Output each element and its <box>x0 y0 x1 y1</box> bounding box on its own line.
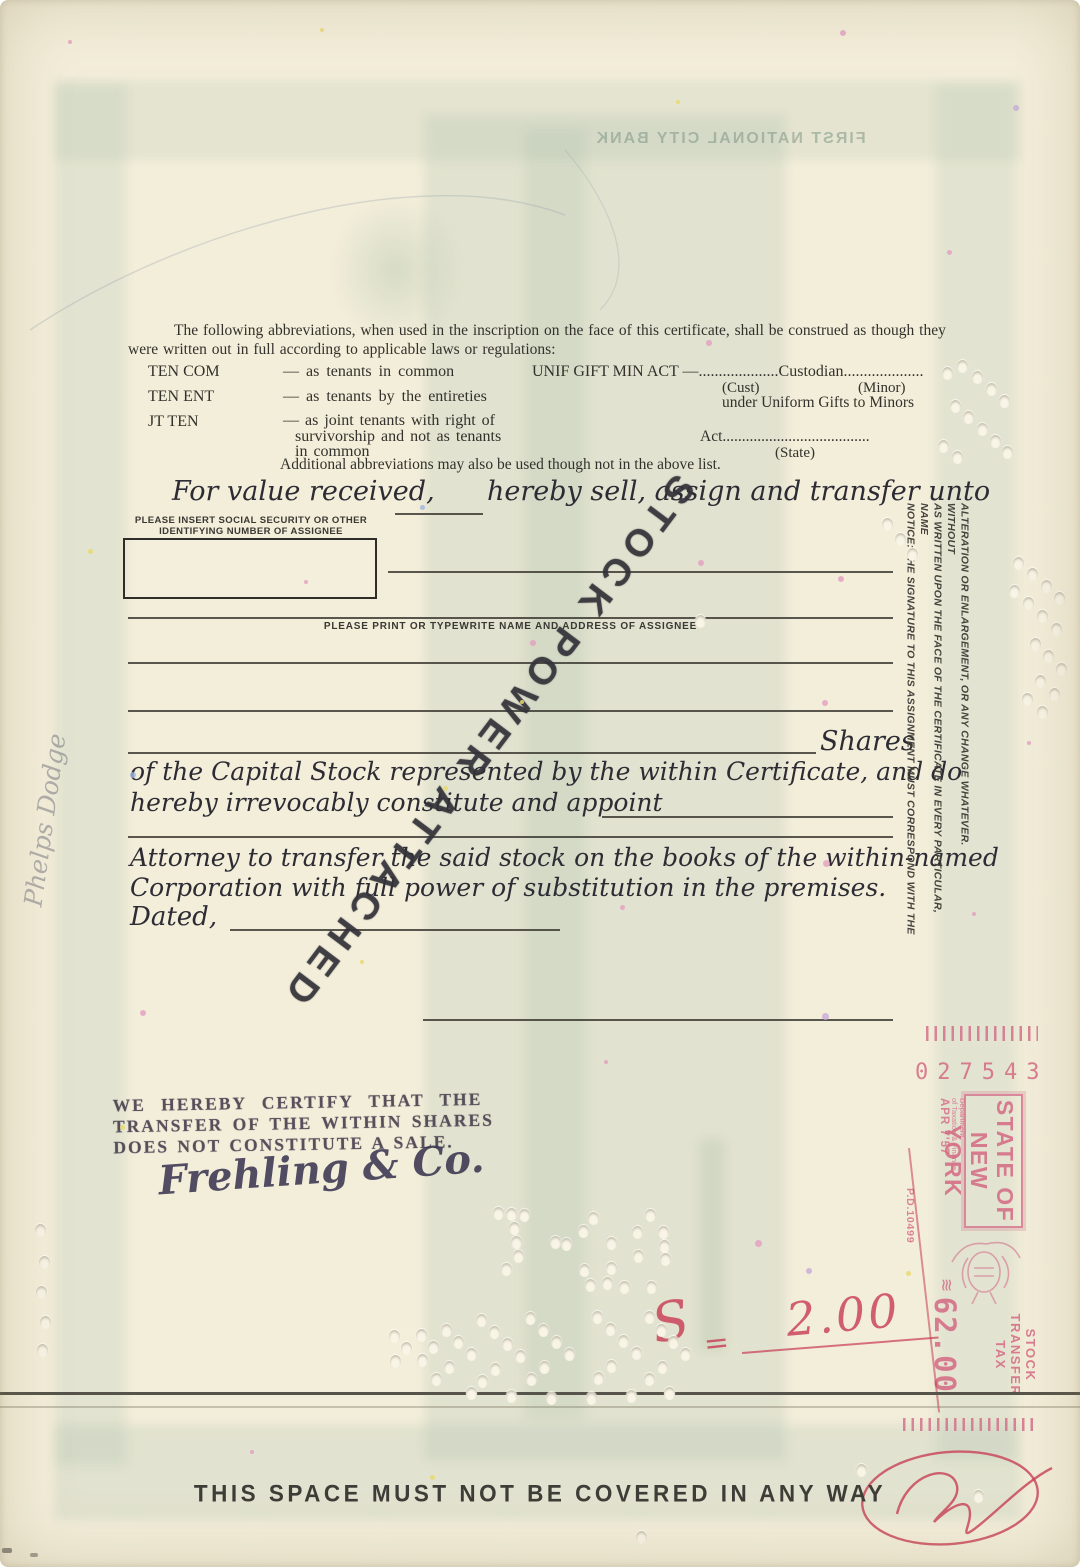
punch-hole <box>636 1531 647 1544</box>
punch-hole <box>895 533 906 546</box>
punch-hole <box>506 1390 517 1403</box>
punch-hole <box>1043 650 1054 663</box>
confetti-speck <box>250 1450 254 1454</box>
assignee-line-1 <box>128 617 893 619</box>
confetti-speck <box>130 772 136 778</box>
punch-hole <box>618 1335 629 1348</box>
meter-state-box: STATE OF NEW YORK <box>964 1094 1023 1228</box>
confetti-speck <box>530 640 536 646</box>
abbrev-meaning-ten-com: — as tenants in common <box>283 363 454 381</box>
punch-hole <box>645 1209 656 1222</box>
punch-hole <box>1027 568 1038 581</box>
appoint-line <box>602 816 893 818</box>
punch-hole <box>605 1323 616 1336</box>
shares-word: Shares <box>820 726 915 757</box>
confetti-speck <box>822 700 828 706</box>
punch-hole <box>501 1263 512 1276</box>
punch-hole <box>606 1262 617 1275</box>
punch-hole <box>431 1373 442 1386</box>
punch-hole <box>401 1342 412 1355</box>
punch-hole <box>963 411 974 424</box>
confetti-speck <box>823 860 830 867</box>
punch-hole <box>390 1355 401 1368</box>
punch-hole <box>680 1348 691 1361</box>
punch-hole <box>506 1208 517 1221</box>
punch-hole <box>986 383 997 396</box>
confetti-speck <box>88 549 93 554</box>
punch-hole <box>658 1226 669 1239</box>
punch-hole <box>550 1236 561 1249</box>
punch-hole <box>602 1277 613 1290</box>
confetti-speck <box>972 912 976 916</box>
edge-mark <box>30 1553 38 1557</box>
punch-hole <box>659 1240 670 1253</box>
dated-word: Dated, <box>130 902 217 932</box>
rule-light <box>0 1406 1080 1408</box>
punch-hole <box>551 1336 562 1349</box>
punch-hole <box>441 1324 452 1337</box>
capital-stock-line1: of the Capital Stock represented by the … <box>130 757 962 786</box>
punch-hole <box>519 1209 530 1222</box>
punch-hole <box>1035 675 1046 688</box>
custodian-dotted-line: ....................Custodian...........… <box>699 363 924 380</box>
confetti-speck <box>1013 105 1019 111</box>
red-note-amount: 2.00 <box>784 1283 903 1347</box>
jt-ten-line1: — as joint tenants with right of <box>283 413 501 429</box>
punch-hole <box>416 1329 427 1342</box>
punch-hole <box>633 1250 644 1263</box>
punch-hole <box>493 1207 504 1220</box>
punch-hole <box>619 1281 630 1294</box>
confetti-speck <box>706 340 712 346</box>
punch-hole <box>525 1312 536 1325</box>
abbreviations-intro: The following abbreviations, when used i… <box>128 321 950 359</box>
meter-amount-prefix: ≋ <box>937 1278 956 1292</box>
confetti-speck <box>806 1268 812 1274</box>
punch-hole <box>36 1286 47 1299</box>
punch-hole <box>957 360 968 373</box>
under-uniform-gifts: under Uniform Gifts to Minors <box>722 394 914 412</box>
punch-hole <box>585 1279 596 1292</box>
punch-hole <box>644 1311 655 1324</box>
meter-date: APR 7'57 <box>938 1098 950 1232</box>
confetti-speck <box>320 28 324 32</box>
confetti-speck <box>360 960 364 964</box>
punch-hole <box>656 1324 667 1337</box>
attorney-line2: Corporation with full power of substitut… <box>130 873 886 902</box>
punch-hole <box>592 1311 603 1324</box>
punch-hole <box>428 1341 439 1354</box>
punch-hole <box>631 1347 642 1360</box>
punch-hole <box>972 371 983 384</box>
punch-hole <box>1009 585 1020 598</box>
confetti-speck <box>430 1475 435 1480</box>
punch-hole <box>502 1338 513 1351</box>
signature-notice: NOTICE: THE SIGNATURE TO THIS ASSIGNMENT… <box>903 503 971 943</box>
punch-hole <box>466 1387 477 1400</box>
punch-hole <box>444 1361 455 1374</box>
punch-hole <box>579 1264 590 1277</box>
punch-hole <box>513 1250 524 1263</box>
punch-hole <box>1022 693 1033 706</box>
punch-hole <box>564 1348 575 1361</box>
print-typewrite-caption: PLEASE PRINT OR TYPEWRITE NAME AND ADDRE… <box>128 621 893 632</box>
punch-hole <box>1023 597 1034 610</box>
confetti-speck <box>822 1013 829 1020</box>
confetti-speck <box>698 560 704 566</box>
pencil-note: Phelps Dodge <box>19 732 72 909</box>
punch-hole <box>538 1324 549 1337</box>
punch-hole <box>389 1330 400 1343</box>
ssn-box <box>123 538 377 599</box>
punch-hole <box>588 1212 599 1225</box>
punch-hole <box>476 1314 487 1327</box>
unif-gift-row: UNIF GIFT MIN ACT —....................C… <box>532 363 923 381</box>
confetti-speck <box>68 40 72 44</box>
confetti-speck <box>304 580 308 584</box>
punch-hole <box>1056 663 1067 676</box>
footer-warning: THIS SPACE MUST NOT BE COVERED IN ANY WA… <box>160 1480 920 1507</box>
bleed-ghost-column <box>700 1140 724 1350</box>
abbrev-meaning-ten-ent: — as tenants by the entireties <box>283 388 487 406</box>
punch-hole <box>660 1253 671 1266</box>
punch-hole <box>1054 592 1065 605</box>
punch-hole <box>626 1390 637 1403</box>
punch-hole <box>40 1316 51 1329</box>
punch-hole <box>37 1344 48 1357</box>
punch-hole <box>938 440 949 453</box>
punch-hole <box>1030 638 1041 651</box>
confetti-speck <box>520 700 524 704</box>
punch-hole <box>593 1372 604 1385</box>
punch-hole <box>1037 706 1048 719</box>
confetti-speck <box>604 1060 608 1064</box>
punch-hole <box>977 423 988 436</box>
punch-hole <box>586 1392 597 1405</box>
punch-hole <box>561 1238 572 1251</box>
capital-stock-line2: hereby irrevocably constitute and appoin… <box>130 788 663 817</box>
confetti-speck <box>676 100 680 104</box>
punch-hole <box>1002 446 1013 459</box>
act-dotted-line: Act.....................................… <box>700 428 870 446</box>
punch-hole <box>546 1392 557 1405</box>
punch-hole <box>664 1387 675 1400</box>
confetti-speck <box>1027 741 1031 745</box>
punch-hole <box>632 1226 643 1239</box>
punch-hole <box>973 1490 984 1503</box>
confetti-speck <box>120 1125 125 1130</box>
abbrev-meaning-jt-ten: — as joint tenants with right of survivo… <box>283 413 501 460</box>
punch-hole <box>1013 557 1024 570</box>
punch-hole <box>1041 580 1052 593</box>
punch-hole <box>539 1361 550 1374</box>
punch-hole <box>509 1222 520 1235</box>
meter-dept-line1: Department <box>958 1098 966 1232</box>
additional-abbreviations: Additional abbreviations may also be use… <box>280 456 721 474</box>
for-value-received: For value received, <box>172 476 435 507</box>
punch-hole <box>999 395 1010 408</box>
punch-hole <box>515 1350 526 1363</box>
confetti-speck <box>838 576 844 582</box>
punch-hole <box>646 1281 657 1294</box>
meter-serial-number: 027543 <box>915 1060 1048 1085</box>
confetti-speck <box>140 1010 146 1016</box>
punch-hole <box>489 1326 500 1339</box>
punch-hole <box>35 1224 46 1237</box>
jt-ten-line2: survivorship and not as tenants <box>283 429 501 445</box>
meter-tick-row-top <box>926 1026 1038 1041</box>
meter-amount-value: 62.00 <box>928 1297 962 1394</box>
dated-line <box>230 929 560 931</box>
blank-line-after-for-value <box>395 513 483 515</box>
confetti-speck <box>840 30 846 36</box>
punch-hole <box>606 1237 617 1250</box>
unif-gift-label: UNIF GIFT MIN ACT — <box>532 363 699 380</box>
punch-hole <box>578 1225 589 1238</box>
confetti-speck <box>906 1271 911 1276</box>
abbrev-code-ten-com: TEN COM <box>148 363 220 381</box>
punch-hole <box>856 1464 867 1477</box>
punch-hole <box>453 1336 464 1349</box>
rule-dark <box>0 1392 1080 1395</box>
punch-hole <box>668 1336 679 1349</box>
punch-hole <box>606 1360 617 1373</box>
punch-hole <box>952 451 963 464</box>
punch-hole <box>477 1375 488 1388</box>
abbrev-code-ten-ent: TEN ENT <box>148 388 214 406</box>
certificate-back: FIRST NATIONAL CITY BANK The following a… <box>0 0 1080 1567</box>
punch-hole <box>466 1348 477 1361</box>
confetti-speck <box>620 905 625 910</box>
ssn-label-line2: IDENTIFYING NUMBER OF ASSIGNEE <box>120 526 382 537</box>
confetti-speck <box>420 505 425 510</box>
notice-line3: ALTERATION OR ENLARGEMENT, OR ANY CHANGE… <box>957 503 971 943</box>
mirrored-bank-name: FIRST NATIONAL CITY BANK <box>550 130 910 148</box>
attorney-line1: Attorney to transfer the said stock on t… <box>130 843 999 872</box>
edge-mark <box>2 1548 12 1553</box>
meter-department-text: Department of Taxation & Finance APR 7'5… <box>936 1098 966 1232</box>
meter-state-line1: STATE OF <box>992 1096 1018 1226</box>
punch-hole <box>907 548 918 561</box>
punch-hole <box>882 518 893 531</box>
state-label: (State) <box>775 445 815 462</box>
punch-hole <box>1051 623 1062 636</box>
notice-line2: AS WRITTEN UPON THE FACE OF THE CERTIFIC… <box>930 503 957 943</box>
punch-hole <box>1049 688 1060 701</box>
ssn-label: PLEASE INSERT SOCIAL SECURITY OR OTHER I… <box>120 515 382 537</box>
punch-hole <box>695 615 706 628</box>
punch-hole <box>526 1373 537 1386</box>
punch-hole <box>644 1373 655 1386</box>
punch-hole <box>511 1236 522 1249</box>
meter-dept-line2: of Taxation & Finance <box>950 1098 958 1232</box>
confetti-speck <box>755 1240 762 1247</box>
punch-hole <box>950 400 961 413</box>
notice-line1: NOTICE: THE SIGNATURE TO THIS ASSIGNMENT… <box>903 503 930 943</box>
abbrev-code-jt-ten: JT TEN <box>148 413 199 431</box>
ssn-label-line1: PLEASE INSERT SOCIAL SECURITY OR OTHER <box>120 515 382 526</box>
punch-hole <box>990 435 1001 448</box>
assignee-line-2 <box>128 662 893 664</box>
punch-hole <box>657 1361 668 1374</box>
punch-hole <box>39 1256 50 1269</box>
punch-hole <box>942 367 953 380</box>
confetti-speck <box>443 786 448 791</box>
punch-hole <box>1037 610 1048 623</box>
attorney-blank-line <box>128 836 893 838</box>
confetti-speck <box>947 250 952 255</box>
punch-hole <box>417 1354 428 1367</box>
red-note-equals: = <box>702 1325 731 1362</box>
punch-hole <box>490 1363 501 1376</box>
